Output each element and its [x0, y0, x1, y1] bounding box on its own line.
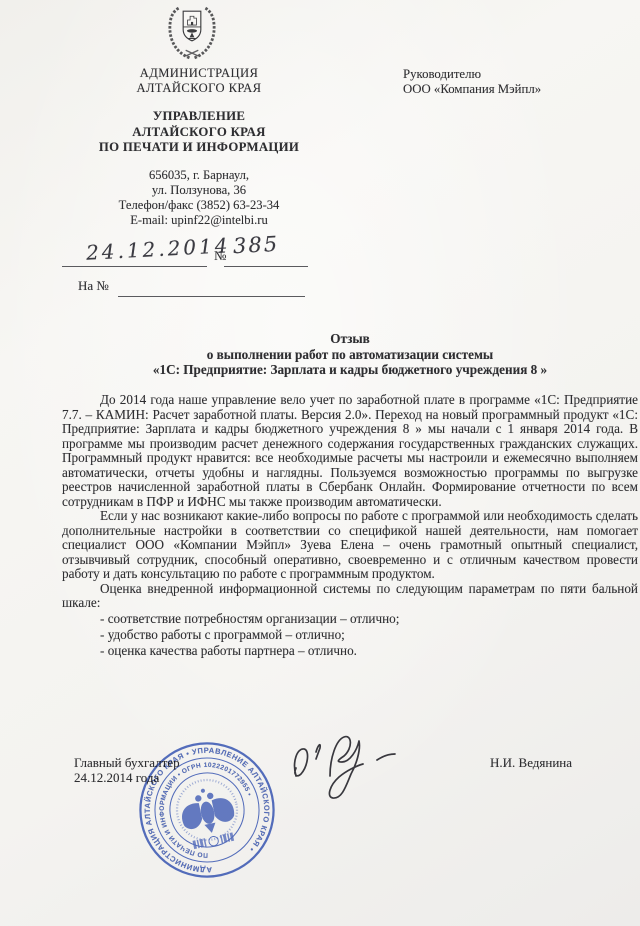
administration-line: АДМИНИСТРАЦИЯ — [63, 66, 335, 81]
rating-item: - удобство работы с программой – отлично… — [100, 627, 638, 643]
reply-to-label: На № — [78, 278, 109, 294]
number-sign-label: № — [214, 248, 226, 264]
body-paragraph: До 2014 года наше управление вело учет п… — [62, 393, 638, 509]
handwritten-signature-icon — [280, 718, 420, 813]
date-underline — [62, 266, 207, 267]
handwritten-outgoing-number: 385 — [232, 232, 279, 258]
department-line: ПО ПЕЧАТИ И ИНФОРМАЦИИ — [55, 140, 343, 156]
title-line: Отзыв — [62, 331, 638, 347]
round-official-seal-icon: АДМИНИСТРАЦИЯ АЛТАЙСКОГО КРАЯ • УПРАВЛЕН… — [118, 721, 296, 899]
contact-line-postal: 656035, г. Барнаул, — [63, 168, 335, 183]
stamp-eagle-icon — [177, 783, 238, 838]
addressee-block: Руководителю ООО «Компания Мэйпл» — [403, 67, 541, 97]
contact-line-street: ул. Ползунова, 36 — [63, 183, 335, 198]
title-line: о выполнении работ по автоматизации сист… — [62, 347, 638, 363]
addressee-company: ООО «Компания Мэйпл» — [403, 82, 541, 97]
signer-name: Н.И. Ведянина — [490, 755, 572, 771]
rating-item: - соответствие потребностям организации … — [100, 611, 638, 627]
letter-body: До 2014 года наше управление вело учет п… — [62, 393, 638, 660]
department-line: УПРАВЛЕНИЕ — [55, 109, 343, 125]
letterhead-contacts: 656035, г. Барнаул, ул. Ползунова, 36 Те… — [63, 168, 335, 228]
handwritten-outgoing-date: 24.12.2014 — [85, 233, 231, 265]
rating-list: - соответствие потребностям организации … — [100, 611, 638, 660]
addressee-role: Руководителю — [403, 67, 541, 82]
body-paragraph: Если у нас возникают какие-либо вопросы … — [62, 509, 638, 582]
rating-item: - оценка качества работы партнера – отли… — [100, 643, 638, 659]
document-title: Отзыв о выполнении работ по автоматизаци… — [62, 331, 638, 378]
letterhead-department: УПРАВЛЕНИЕ АЛТАЙСКОГО КРАЯ ПО ПЕЧАТИ И И… — [55, 109, 343, 156]
contact-line-phone: Телефон/факс (3852) 63-23-34 — [63, 198, 335, 213]
department-line: АЛТАЙСКОГО КРАЯ — [55, 125, 343, 141]
title-line: «1С: Предприятие: Зарплата и кадры бюдже… — [62, 362, 638, 378]
reply-to-underline — [118, 296, 305, 297]
administration-line: АЛТАЙСКОГО КРАЯ — [63, 81, 335, 96]
body-paragraph: Оценка внедренной информационной системы… — [62, 582, 638, 611]
altai-krai-coat-of-arms-icon — [160, 3, 224, 61]
scanned-letter-page: АДМИНИСТРАЦИЯ АЛТАЙСКОГО КРАЯ УПРАВЛЕНИЕ… — [0, 0, 640, 926]
contact-line-email: E-mail: upinf22@intelbi.ru — [63, 213, 335, 228]
letterhead-administration: АДМИНИСТРАЦИЯ АЛТАЙСКОГО КРАЯ — [63, 66, 335, 95]
number-underline — [224, 266, 308, 267]
